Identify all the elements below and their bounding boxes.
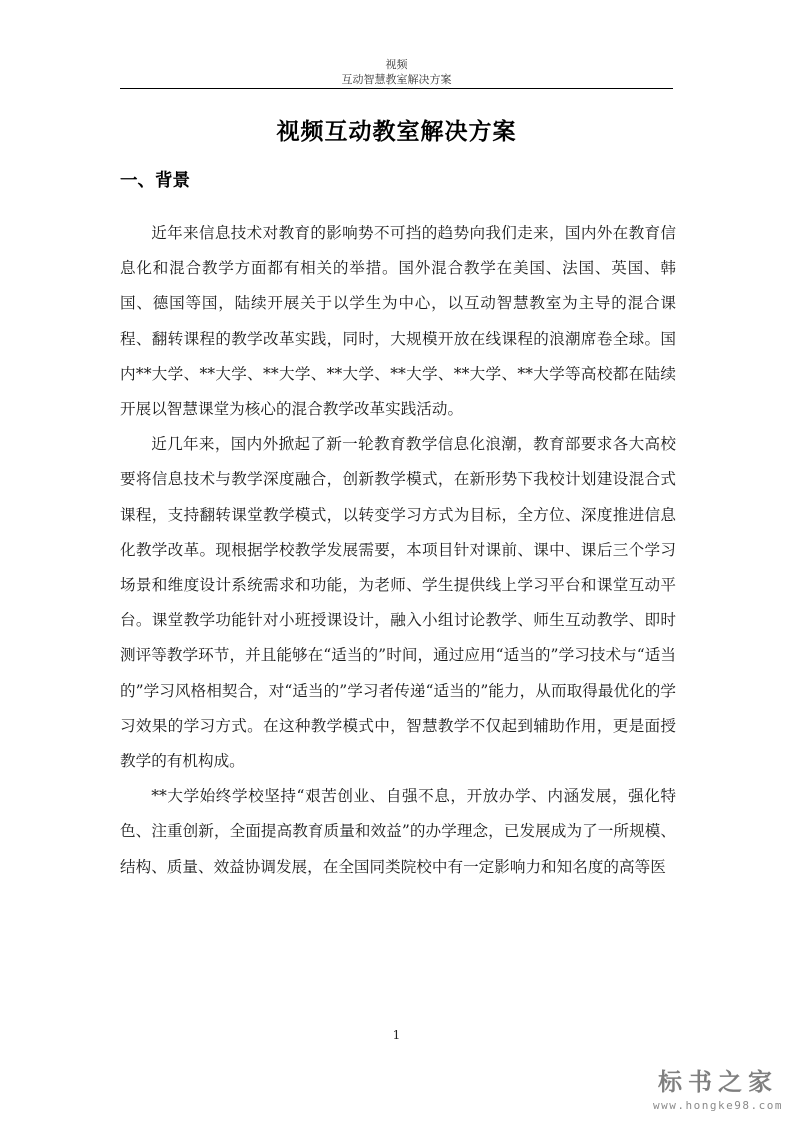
header-line-1: 视频 xyxy=(120,57,673,72)
page-number: 1 xyxy=(0,1028,793,1042)
watermark: 标书之家 www.hongke98.com xyxy=(653,1062,783,1112)
header-line-2: 互动智慧教室解决方案 xyxy=(120,72,673,87)
running-header: 视频 互动智慧教室解决方案 xyxy=(120,57,673,87)
document-title: 视频互动教室解决方案 xyxy=(120,113,673,146)
paragraph: 近年来信息技术对教育的影响势不可挡的趋势向我们走来，国内外在教育信息化和混合教学… xyxy=(120,216,676,427)
paragraph: **大学始终学校坚持“艰苦创业、自强不息，开放办学、内涵发展，强化特色、注重创新… xyxy=(120,779,676,885)
section-heading: 一、背景 xyxy=(120,167,190,192)
paragraph: 近几年来，国内外掀起了新一轮教育教学信息化浪潮，教育部要求各大高校要将信息技术与… xyxy=(120,427,676,779)
header-divider xyxy=(120,88,673,89)
watermark-url: www.hongke98.com xyxy=(653,1099,783,1112)
watermark-brand: 标书之家 xyxy=(653,1062,783,1097)
body-text: 近年来信息技术对教育的影响势不可挡的趋势向我们走来，国内外在教育信息化和混合教学… xyxy=(120,216,676,885)
